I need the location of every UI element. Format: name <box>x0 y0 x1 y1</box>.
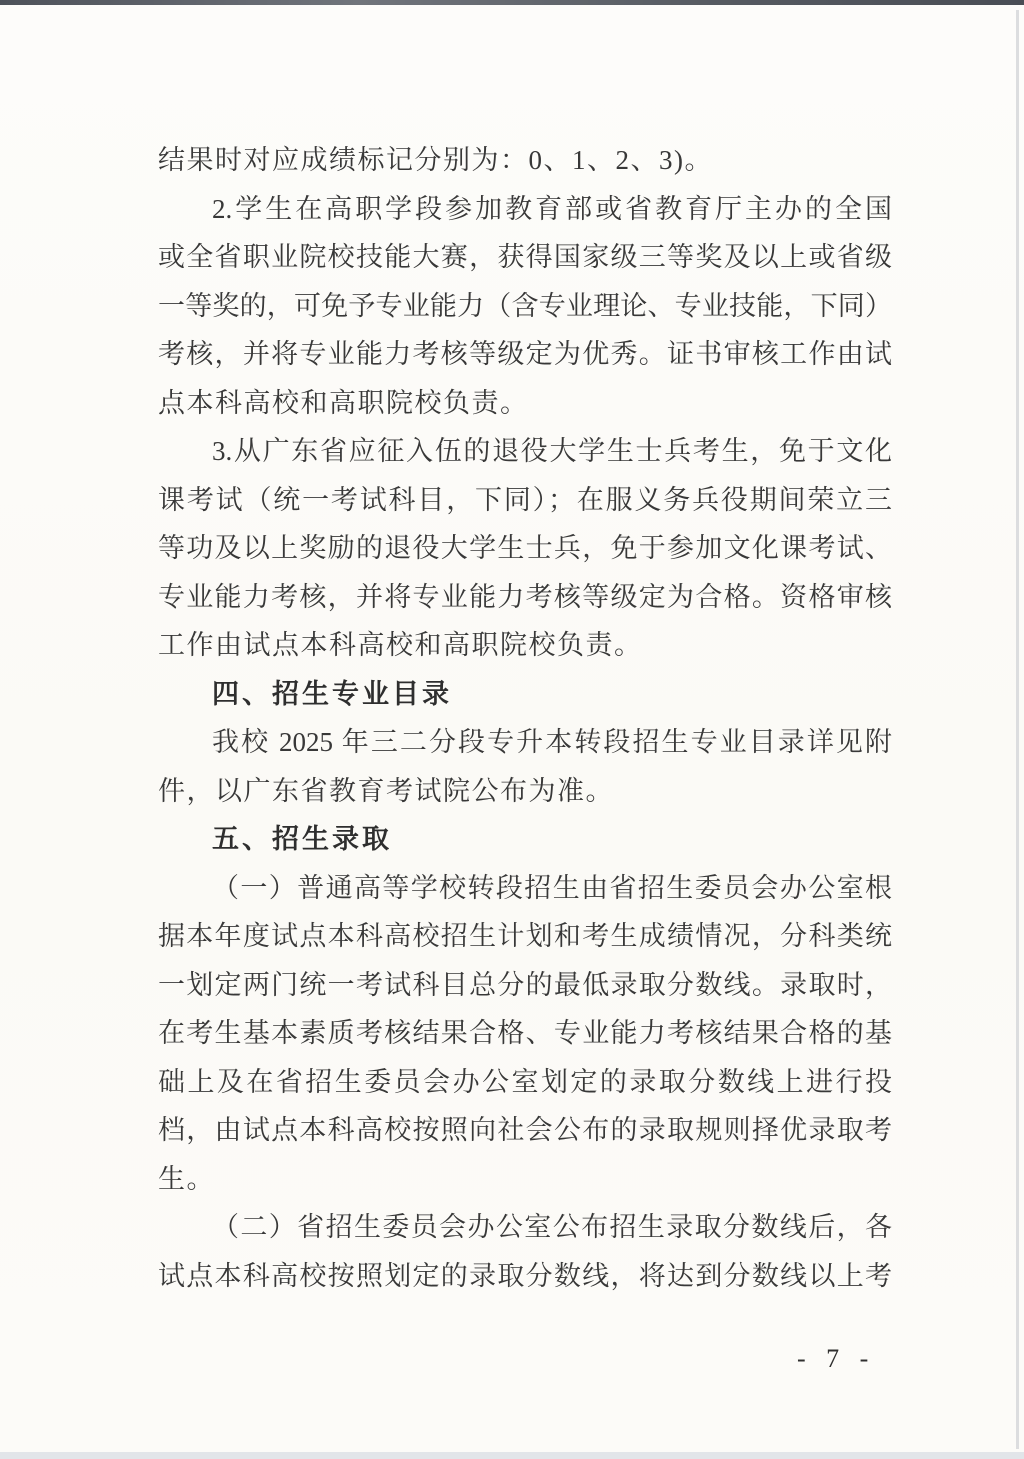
section-heading: 四、招生专业目录 <box>158 670 892 719</box>
text-line: 一划定两门统一考试科目总分的最低录取分数线。录取时， <box>158 961 892 1010</box>
document-page: 结果时对应成绩标记分别为：0、1、2、3)。2.学生在高职学段参加教育部或省教育… <box>0 0 1024 1459</box>
text-line: 我校 2025 年三二分段专升本转段招生专业目录详见附 <box>158 718 892 767</box>
text-line: （一）普通高等学校转段招生由省招生委员会办公室根 <box>158 864 892 913</box>
text-line: 一等奖的，可免予专业能力（含专业理论、专业技能，下同） <box>158 282 892 331</box>
text-line: 2.学生在高职学段参加教育部或省教育厅主办的全国 <box>158 185 892 234</box>
text-line: 础上及在省招生委员会办公室划定的录取分数线上进行投 <box>158 1058 892 1107</box>
scan-bottom-edge <box>0 1452 1024 1459</box>
text-line: 生。 <box>158 1155 892 1204</box>
scan-top-edge <box>0 0 1024 5</box>
text-line: （二）省招生委员会办公室公布招生录取分数线后，各 <box>158 1203 892 1252</box>
page-number: - 7 - <box>797 1344 875 1374</box>
text-line: 考核，并将专业能力考核等级定为优秀。证书审核工作由试 <box>158 330 892 379</box>
text-line: 结果时对应成绩标记分别为：0、1、2、3)。 <box>158 136 892 185</box>
text-line: 试点本科高校按照划定的录取分数线，将达到分数线以上考 <box>158 1252 892 1301</box>
text-line: 或全省职业院校技能大赛，获得国家级三等奖及以上或省级 <box>158 233 892 282</box>
scan-right-edge <box>1016 10 1019 1449</box>
text-line: 件，以广东省教育考试院公布为准。 <box>158 767 892 816</box>
text-line: 据本年度试点本科高校招生计划和考生成绩情况，分科类统 <box>158 912 892 961</box>
text-line: 工作由试点本科高校和高职院校负责。 <box>158 621 892 670</box>
text-line: 档，由试点本科高校按照向社会公布的录取规则择优录取考 <box>158 1106 892 1155</box>
text-line: 专业能力考核，并将专业能力考核等级定为合格。资格审核 <box>158 573 892 622</box>
text-line: 3.从广东省应征入伍的退役大学生士兵考生，免于文化 <box>158 427 892 476</box>
text-line: 在考生基本素质考核结果合格、专业能力考核结果合格的基 <box>158 1009 892 1058</box>
text-line: 点本科高校和高职院校负责。 <box>158 379 892 428</box>
text-line: 等功及以上奖励的退役大学生士兵，免于参加文化课考试、 <box>158 524 892 573</box>
document-body: 结果时对应成绩标记分别为：0、1、2、3)。2.学生在高职学段参加教育部或省教育… <box>158 136 892 1300</box>
text-line: 课考试（统一考试科目，下同）；在服义务兵役期间荣立三 <box>158 476 892 525</box>
section-heading: 五、招生录取 <box>158 815 892 864</box>
